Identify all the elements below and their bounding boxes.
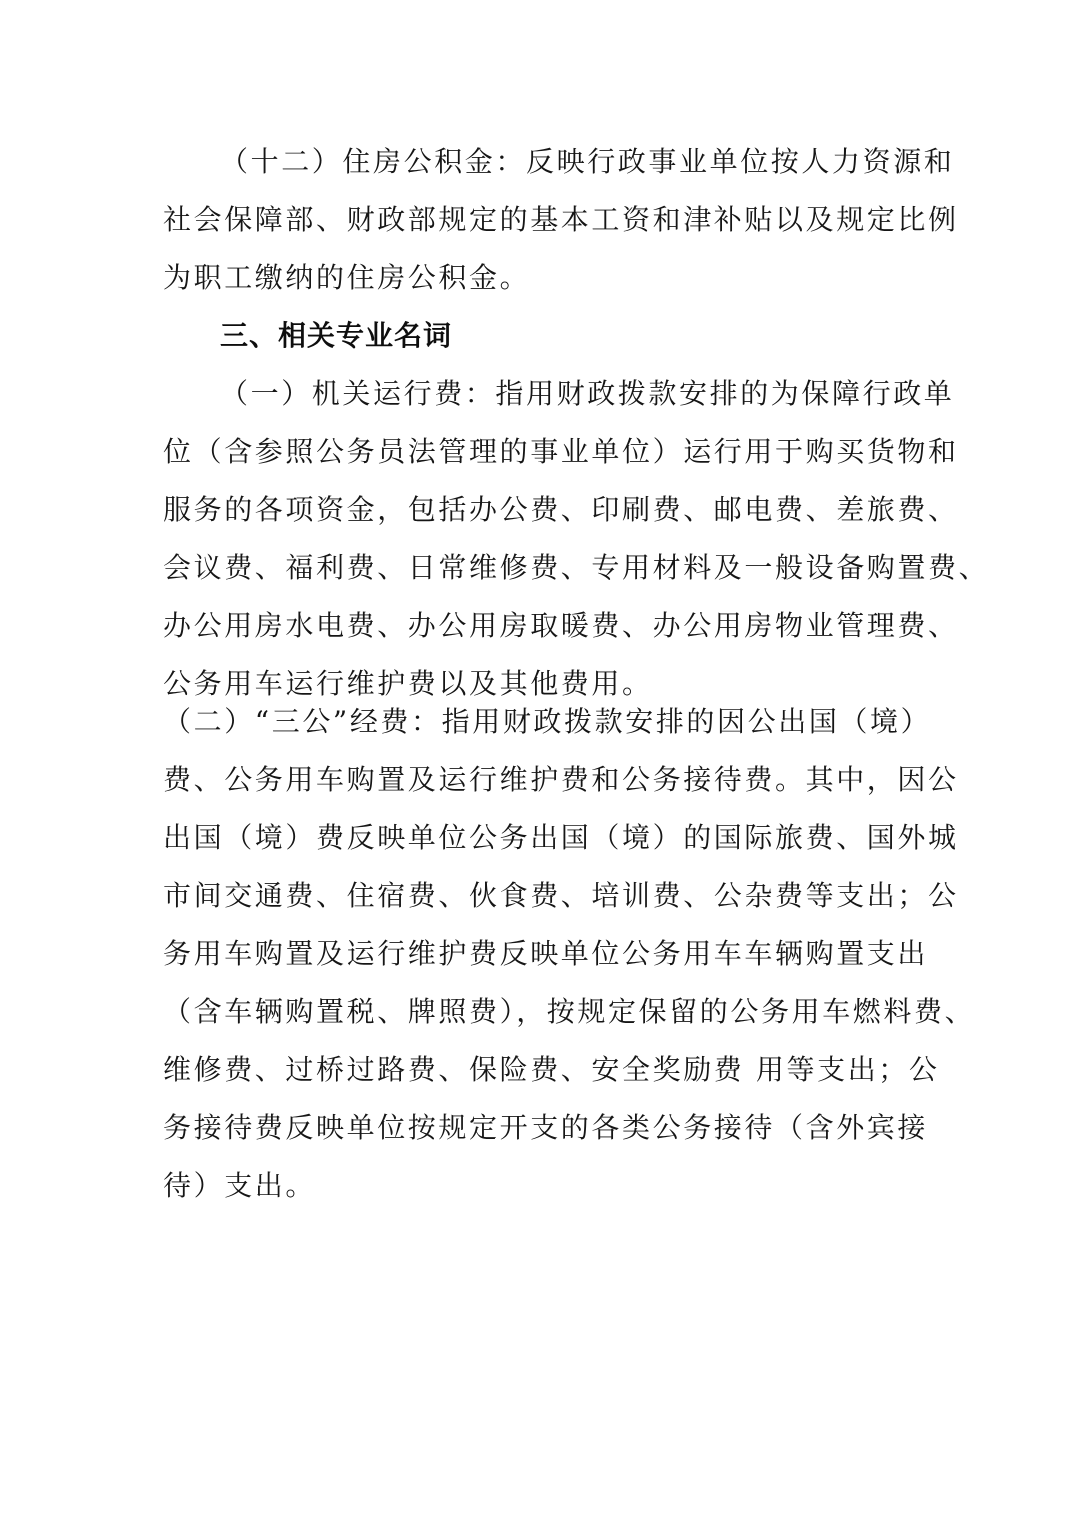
text-line: 位（含参照公务员法管理的事业单位）运行用于购买货物和 (163, 432, 923, 472)
text-line: 社会保障部、财政部规定的基本工资和津补贴以及规定比例 (163, 200, 923, 240)
text-line: 公务用车运行维护费以及其他费用。 (163, 664, 923, 704)
text-line: 待）支出。 (163, 1166, 923, 1206)
text-line: 服务的各项资金，包括办公费、印刷费、邮电费、差旅费、 (163, 490, 923, 530)
text-line: 务接待费反映单位按规定开支的各类公务接待（含外宾接 (163, 1108, 923, 1148)
text-line: 为职工缴纳的住房公积金。 (163, 258, 923, 298)
text-line: 务用车购置及运行维护费反映单位公务用车车辆购置支出 (163, 934, 923, 974)
text-line: （十二）住房公积金：反映行政事业单位按人力资源和 (220, 142, 980, 182)
text-line: 办公用房水电费、办公用房取暖费、办公用房物业管理费、 (163, 606, 923, 646)
text-line: 市间交通费、住宿费、伙食费、培训费、公杂费等支出；公 (163, 876, 923, 916)
text-line: 维修费、过桥过路费、保险费、安全奖励费 用等支出；公 (163, 1050, 923, 1090)
section-heading: 三、相关专业名词 (220, 316, 980, 356)
document-page: （十二）住房公积金：反映行政事业单位按人力资源和 社会保障部、财政部规定的基本工… (0, 0, 1074, 1520)
text-line: （含车辆购置税、牌照费），按规定保留的公务用车燃料费、 (163, 992, 923, 1032)
text-line: 会议费、福利费、日常维修费、专用材料及一般设备购置费、 (163, 548, 923, 588)
text-line: （一）机关运行费：指用财政拨款安排的为保障行政单 (220, 374, 980, 414)
text-line: 费、公务用车购置及运行维护费和公务接待费。其中，因公 (163, 760, 923, 800)
text-line: 出国（境）费反映单位公务出国（境）的国际旅费、国外城 (163, 818, 923, 858)
text-line: （二）“三公”经费：指用财政拨款安排的因公出国（境） (163, 702, 923, 742)
